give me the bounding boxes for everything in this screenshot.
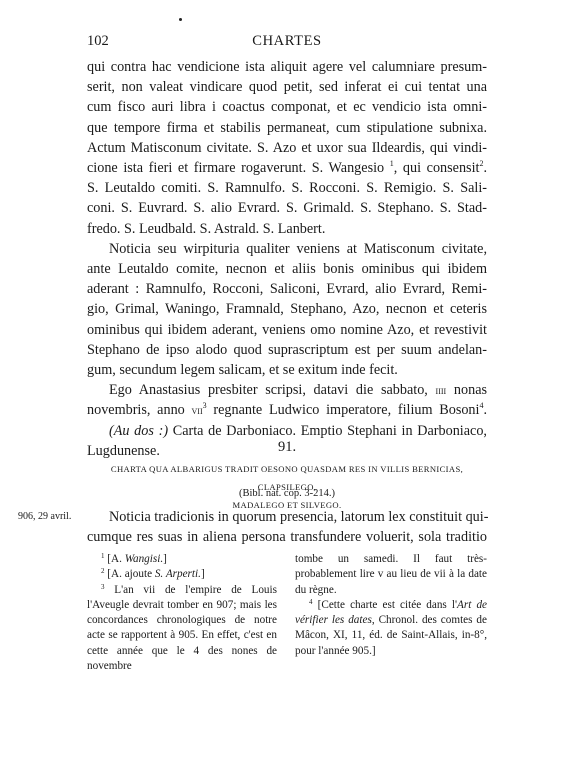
document-page: 102 CHARTES qui contra hac vendicione is… [0, 0, 565, 775]
text-line: Ego Anastasius presbiter scripsi, datavi… [87, 380, 487, 400]
text-line: Actum Matisconum civitate. S. Azo et uxo… [87, 138, 487, 158]
dorse-label: (Au dos :) [109, 423, 168, 439]
footnote-ref-3[interactable]: 3 [203, 401, 207, 410]
text-line: gio, Grimal, Waningo, Framnald, Stephano… [87, 299, 487, 319]
previous-charter-text: qui contra hac vendicione ista aliquit a… [87, 57, 487, 461]
text-line: Stephano de ipso alodo quod suprascriptu… [87, 340, 487, 360]
footnote-3: 3 L'an vii de l'empire de Louis l'Aveugl… [87, 583, 277, 675]
text-line: ominibus qui ibidem aderant, veniens omo… [87, 320, 487, 340]
text-line: Noticia tradicionis in quorum presencia,… [87, 507, 487, 527]
text-line: novembris, anno vii3 regnante Ludwico im… [87, 400, 487, 420]
text-line: cione ista fieri et firmare rogaverunt. … [87, 158, 487, 178]
text-line: que tempore firma et stabilis permaneat,… [87, 118, 487, 138]
text-line: qui contra hac vendicione ista aliquit a… [87, 57, 487, 77]
text-line: ante Leutaldo comite, necnon et aliis bo… [87, 259, 487, 279]
footnote-4: 4 [Cette charte est citée dans l'Art de … [295, 598, 487, 659]
text-line: cumque res suas in aliena persona transf… [87, 527, 487, 547]
text-line: S. Leutaldo comiti. S. Ramnulfo. S. Rocc… [87, 178, 487, 198]
footnote-2: 2 [A. ajoute S. Arperti.] [87, 567, 277, 582]
text-line: gum, secundum legem salicam, et se exitu… [87, 360, 487, 380]
margin-date: 906, 29 avril. [18, 511, 71, 522]
charter-text: Noticia tradicionis in quorum presencia,… [87, 507, 487, 547]
text-line: cum fisco auri libra i coactus componat,… [87, 97, 487, 117]
text-line: aderant : Ramnulfo, Rocconi, Saliconi, E… [87, 279, 487, 299]
dorse-note: (Au dos :) Carta de Darboniaco. Emptio S… [87, 421, 487, 441]
charter-title: CHARTA QUA ALBARIGUS TRADIT OESONO QUASD… [87, 460, 487, 514]
text-line: coni. S. Euvrard. S. alio Evrard. S. Gri… [87, 198, 487, 218]
page-header: 102 CHARTES [87, 33, 487, 53]
text-line: fredo. S. Leudbald. S. Astrald. S. Lanbe… [87, 219, 487, 239]
text-line: Noticia seu wirpituria qualiter veniens … [87, 239, 487, 259]
footnote-ref-4[interactable]: 4 [479, 401, 483, 410]
footnote-1: 1 [A. Wangisi.] [87, 552, 277, 567]
footnote-3-continued: tombe un samedi. Il faut très-probableme… [295, 552, 487, 598]
scan-speck [179, 18, 182, 21]
charter-source: (Bibl. nat. cop. 3-214.) [87, 488, 487, 499]
text-line: serit, non valeat vindicare quod petit, … [87, 77, 487, 97]
running-title: CHARTES [87, 33, 487, 50]
footnotes-left-column: 1 [A. Wangisi.] 2 [A. ajoute S. Arperti.… [87, 552, 277, 674]
footnotes-right-column: tombe un samedi. Il faut très-probableme… [295, 552, 487, 659]
charter-number: 91. [87, 439, 487, 456]
